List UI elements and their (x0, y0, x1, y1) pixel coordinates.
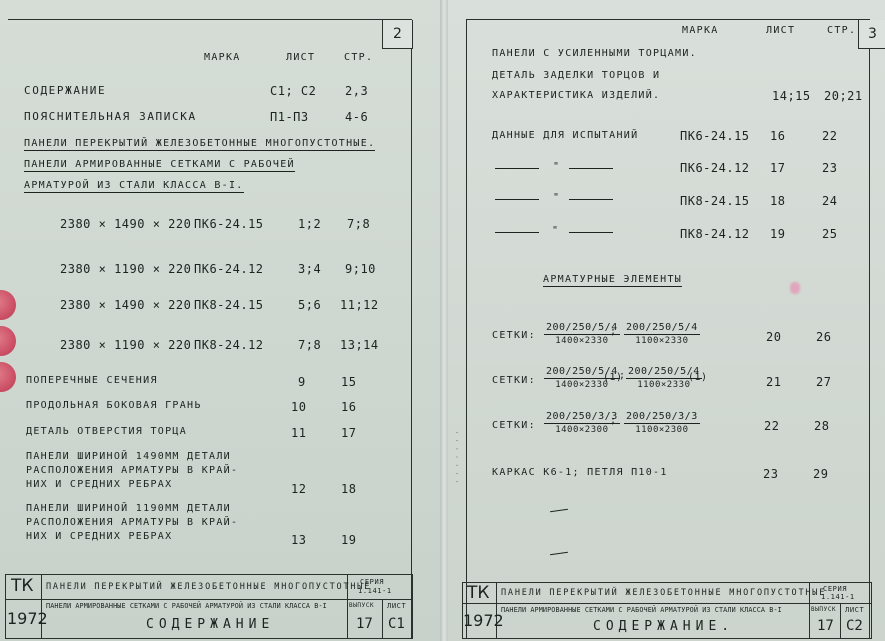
toc-entry-page: 20;21 (824, 89, 863, 103)
column-header-page: Стр. (344, 52, 373, 63)
stamp-subtitle: Панели армированные сетками с рабочей ар… (46, 602, 327, 610)
section-heading: Панели армированные сетками с рабочей (24, 159, 295, 172)
separator: ; (610, 415, 617, 426)
page-number: 2 (382, 20, 413, 49)
stamp-code: ТК (11, 576, 33, 596)
panel-mark: ПК6-24.15 (194, 217, 264, 231)
stamp-series-value: 1.141-1 (358, 587, 392, 595)
panel-mark: ПК8-24.12 (194, 338, 264, 352)
test-mark: ПК6-24.15 (680, 129, 750, 143)
stamp-issue-value: 17 (356, 616, 373, 632)
toc-entry-page: 18 (341, 482, 356, 496)
mesh-page: 27 (816, 375, 831, 389)
column-header-sheet: Лист (286, 52, 315, 63)
panel-dimensions: 2380 × 1190 × 220 (60, 262, 191, 276)
panel-page: 11;12 (340, 298, 379, 312)
ditto-dash (495, 232, 539, 233)
panel-dimensions: 2380 × 1490 × 220 (60, 217, 191, 231)
ditto-mark: " (553, 161, 560, 172)
stamp-issue-label: Выпуск (349, 602, 374, 609)
stamp-series-value: 1.141-1 (821, 593, 855, 601)
ditto-mark: " (553, 192, 560, 203)
mesh-suffix: (1) (688, 372, 708, 383)
column-header-page: Стр. (827, 25, 856, 36)
panel-sheet: 5;6 (298, 298, 321, 312)
stamp-sheet-value: С2 (846, 618, 863, 634)
mesh-sheet: 20 (766, 330, 781, 344)
toc-entry-sheet: 11 (291, 426, 306, 440)
test-page: 22 (822, 129, 837, 143)
mesh-spec-fraction: 200/250/5/41100×2330 (624, 322, 700, 346)
mesh-sheet: 22 (764, 419, 779, 433)
toc-entry-page: 15 (341, 375, 356, 389)
toc-entry-label: Поперечные сечения (26, 375, 158, 386)
separator: ; (610, 326, 617, 337)
stamp-year: 1972 (7, 609, 48, 628)
left-page: 2 Марка Лист Стр. Содержание С1; С2 2,3 … (0, 0, 440, 641)
stamp-sheet-label: Лист (845, 606, 864, 614)
panel-sheet: 7;8 (298, 338, 321, 352)
panel-page: 7;8 (347, 217, 370, 231)
mesh-page: 26 (816, 330, 831, 344)
test-page: 24 (822, 194, 837, 208)
stain (790, 282, 800, 294)
ditto-mark: " (552, 225, 559, 236)
test-sheet: 19 (770, 227, 785, 241)
test-mark: ПК8-24.15 (680, 194, 750, 208)
mesh-page: 28 (814, 419, 829, 433)
stamp-sheet-label: Лист (387, 602, 406, 610)
ditto-dash (569, 232, 613, 233)
ditto-dash (495, 168, 539, 169)
test-mark: ПК6-24.12 (680, 161, 750, 175)
column-header-mark: Марка (204, 52, 241, 63)
section-heading: арматурой из стали класса В-I. (24, 180, 244, 193)
toc-entry-sheet: 10 (291, 400, 306, 414)
stamp-year: 1972 (463, 611, 504, 630)
stamp-series-label: Серия (823, 585, 847, 593)
test-mark: ПК8-24.12 (680, 227, 750, 241)
title-block: ТК 1972 Панели перекрытий железобетонные… (462, 582, 872, 639)
title-block: ТК 1972 Панели перекрытий железобетонные… (5, 574, 413, 639)
toc-entry-label-line: Панели с усиленными торцами. (492, 48, 697, 59)
panel-page: 13;14 (340, 338, 379, 352)
test-page: 23 (822, 161, 837, 175)
stamp-subtitle: Панели армированные сетками с рабочей ар… (501, 606, 782, 614)
toc-entry-sheet: 14;15 (772, 89, 811, 103)
stamp-series-title: Панели перекрытий железобетонные многопу… (46, 582, 371, 592)
mesh-spec-fraction: 200/250/5/41400×2330 (544, 322, 620, 346)
frame-loop-page: 29 (813, 467, 828, 481)
toc-entry-sheet: 9 (298, 375, 306, 389)
section-heading: Арматурные элементы (543, 274, 682, 287)
page-number: 3 (858, 20, 885, 49)
toc-entry-label-line: Панели шириной 1190мм Детали (26, 503, 231, 514)
stamp-code: ТК (467, 583, 489, 603)
mesh-label: Сетки: (492, 375, 536, 386)
toc-entry-label-line: них и средних ребрах (26, 479, 172, 490)
toc-entry-page: 2,3 (345, 84, 368, 98)
column-header-sheet: Лист (766, 25, 795, 36)
toc-entry-label: Деталь отверстия торца (26, 426, 187, 437)
stamp-sheet-value: С1 (388, 616, 405, 632)
toc-entry-label: Продольная боковая грань (26, 400, 202, 411)
ditto-dash (569, 168, 613, 169)
mesh-label: Сетки: (492, 420, 536, 431)
test-page: 25 (822, 227, 837, 241)
frame-loop-label: Каркас К6-1; Петля П10-1 (492, 467, 668, 478)
toc-entry-label-line: Деталь заделки торцов и (492, 70, 660, 81)
toc-entry-label-line: характеристика изделий. (492, 90, 660, 101)
mesh-sheet: 21 (766, 375, 781, 389)
stamp-sheet-title: Содержание. (593, 619, 734, 634)
panel-sheet: 1;2 (298, 217, 321, 231)
stamp-series-title: Панели перекрытий железобетонные многопу… (501, 588, 826, 598)
frame-loop-sheet: 23 (763, 467, 778, 481)
stamp-issue-label: Выпуск (811, 606, 836, 613)
test-sheet: 18 (770, 194, 785, 208)
toc-entry-page: 17 (341, 426, 356, 440)
toc-entry-page: 16 (341, 400, 356, 414)
spine-annotation: · · · · · · · (454, 430, 461, 483)
ditto-dash (495, 199, 539, 200)
stamp-series-label: Серия (360, 578, 384, 586)
stamp-sheet-title: Содержание (146, 617, 274, 632)
test-sheet: 16 (770, 129, 785, 143)
toc-entry-label-line: Панели шириной 1490мм Детали (26, 451, 231, 462)
mesh-spec-fraction: 200/250/3/31400×2300 (544, 411, 620, 435)
toc-entry-label: Пояснительная записка (24, 110, 197, 123)
test-sheet: 17 (770, 161, 785, 175)
toc-entry-label-line: расположения арматуры в край- (26, 517, 238, 528)
toc-entry-sheet: 12 (291, 482, 306, 496)
panel-dimensions: 2380 × 1490 × 220 (60, 298, 191, 312)
panel-dimensions: 2380 × 1190 × 220 (60, 338, 191, 352)
panel-mark: ПК6-24.12 (194, 262, 264, 276)
stamp-issue-value: 17 (817, 618, 834, 634)
column-header-mark: Марка (682, 25, 719, 36)
section-heading: Панели перекрытий железобетонные многопу… (24, 138, 375, 151)
toc-entry-sheet: П1-П3 (270, 110, 309, 124)
test-data-label: Данные для испытаний (492, 130, 638, 141)
panel-page: 9;10 (345, 262, 376, 276)
toc-entry-label: Содержание (24, 84, 106, 97)
mesh-label: Сетки: (492, 330, 536, 341)
toc-entry-page: 4-6 (345, 110, 368, 124)
toc-entry-sheet: С1; С2 (270, 84, 316, 98)
ditto-dash (569, 199, 613, 200)
toc-entry-sheet: 13 (291, 533, 306, 547)
toc-entry-label-line: расположения арматуры в край- (26, 465, 238, 476)
toc-entry-page: 19 (341, 533, 356, 547)
panel-mark: ПК8-24.15 (194, 298, 264, 312)
mesh-spec-fraction: 200/250/3/31100×2300 (624, 411, 700, 435)
panel-sheet: 3;4 (298, 262, 321, 276)
toc-entry-label-line: них и средних ребрах (26, 531, 172, 542)
book-gutter (440, 0, 448, 641)
